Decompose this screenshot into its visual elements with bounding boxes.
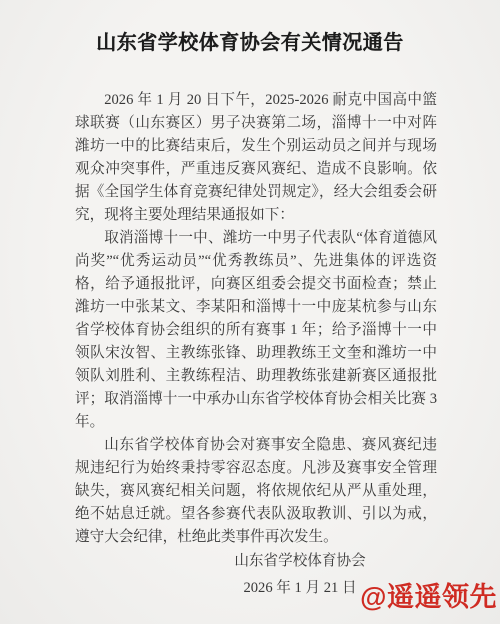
signature-organization: 山东省学校体育协会 <box>215 548 385 575</box>
notice-paragraph-penalties: 取消淄博十一中、潍坊一中男子代表队“体育道德风尚奖”“优秀运动员”“优秀教练员”… <box>75 227 437 434</box>
notice-paragraph-statement: 山东省学校体育协会对赛事安全隐患、赛风赛纪违规违纪行为始终秉持零容忍态度。凡涉及… <box>75 434 437 549</box>
notice-paragraph-intro: 2026 年 1 月 20 日下午，2025-2026 耐克中国高中篮球联赛（山… <box>75 89 437 227</box>
notice-title: 山东省学校体育协会有关情况通告 <box>0 0 500 55</box>
watermark-text: @遥遥领先 <box>360 575 497 614</box>
notice-body: 2026 年 1 月 20 日下午，2025-2026 耐克中国高中篮球联赛（山… <box>75 89 437 549</box>
document-page: 山东省学校体育协会有关情况通告 2026 年 1 月 20 日下午，2025-2… <box>0 0 500 624</box>
